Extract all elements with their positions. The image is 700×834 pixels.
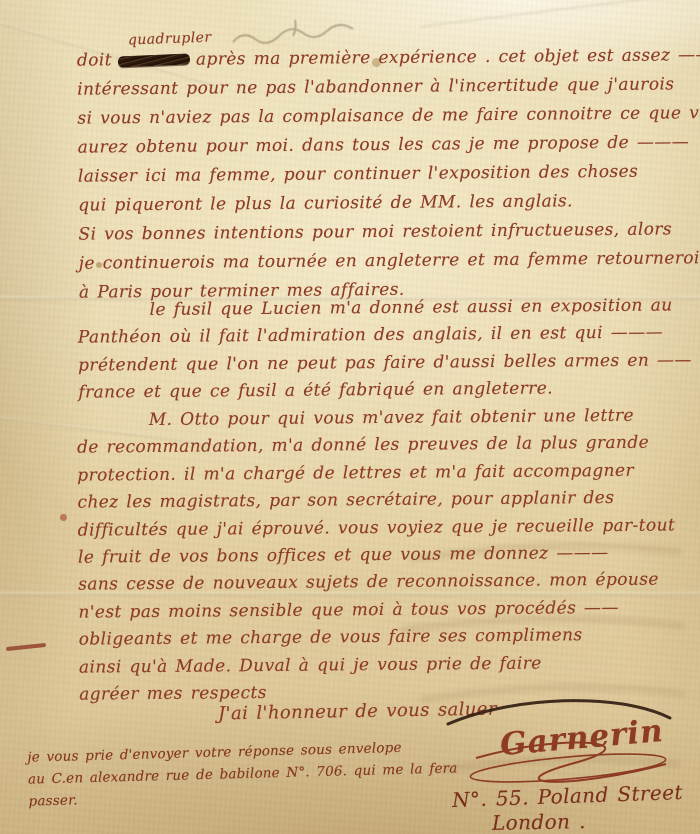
interlinear-insertion: quadrupler — [128, 30, 212, 49]
stray-ink-mark — [6, 643, 46, 651]
signature-block: Garnerin — [418, 692, 696, 792]
scribbled-out-word — [118, 53, 190, 67]
postscript: je vous prie d'envoyer votre réponse sou… — [27, 738, 458, 815]
paragraph-1: doitaprès ma première expérience . cet o… — [77, 45, 679, 311]
line1-after-deletion: après ma première expérience . cet objet… — [196, 45, 700, 70]
paragraph-3: M. Otto pour qui vous m'avez fait obteni… — [77, 405, 680, 712]
address-city: London . — [492, 809, 586, 834]
paragraph-2: le fusil que Lucien m'a donné est aussi … — [78, 295, 679, 410]
paper-crease — [421, 0, 700, 27]
line1-before-deletion: doit — [77, 50, 112, 70]
scanned-letter-page: quadrupler doitaprès ma première expérie… — [0, 0, 700, 834]
ink-spot — [60, 514, 67, 521]
